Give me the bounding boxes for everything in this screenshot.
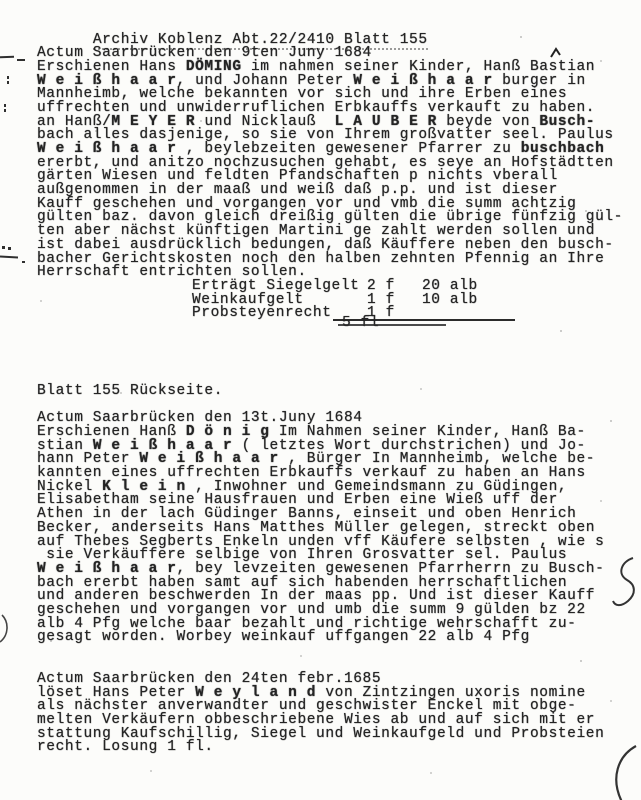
photocopy-artifact [7,76,9,79]
photocopy-artifact [22,261,25,263]
photocopy-artifact [7,81,9,84]
fee-label: Probsteyenrecht [192,307,367,321]
text-line: recht. Losung 1 fl. [37,741,641,755]
typewritten-text: Archiv Koblenz Abt.22/2410 Blatt 155 Act… [37,20,641,755]
spacer [37,331,641,385]
fee-table: Erträgt Siegelgelt2 f20 alb Weinkaufgelt… [37,280,641,331]
photocopy-artifact [8,247,11,250]
archive-reference: Archiv Koblenz Abt.22/2410 Blatt 155 [37,20,641,34]
page-label: Blatt 155 Rückseite. [37,385,641,399]
fee-row: Erträgt Siegelgelt2 f20 alb [37,280,641,294]
photocopy-artifact [0,56,14,58]
fee-row: Probsteyenrecht1 f [37,307,641,321]
entry-1685-feb-24: Actum Saarbrücken den 24ten febr.1685lös… [37,673,641,755]
left-margin-arc [0,615,7,642]
photocopy-artifact [17,59,25,61]
text-line: gesagt worden. Worbey weinkauf uffgangen… [37,631,641,645]
entry-1684-june-13: Actum Saarbrücken den 13t.Juny 1684Ersch… [37,412,641,645]
fee-total: 5 fl [342,317,452,331]
photocopy-artifact [4,109,6,112]
fee-row: Weinkaufgelt1 f10 alb [37,294,641,308]
fee-amount-alb: 10 alb [422,294,478,308]
photocopy-artifact [4,104,6,107]
spacer [37,645,641,673]
photocopy-artifact [0,256,18,259]
photocopy-artifact [2,246,5,249]
document-page: Archiv Koblenz Abt.22/2410 Blatt 155 Act… [0,0,641,800]
entry-1684-june-9: Actum Saarbrücken den 9ten Juny 1684Ersc… [37,47,641,280]
scan-noise [0,0,2,2]
